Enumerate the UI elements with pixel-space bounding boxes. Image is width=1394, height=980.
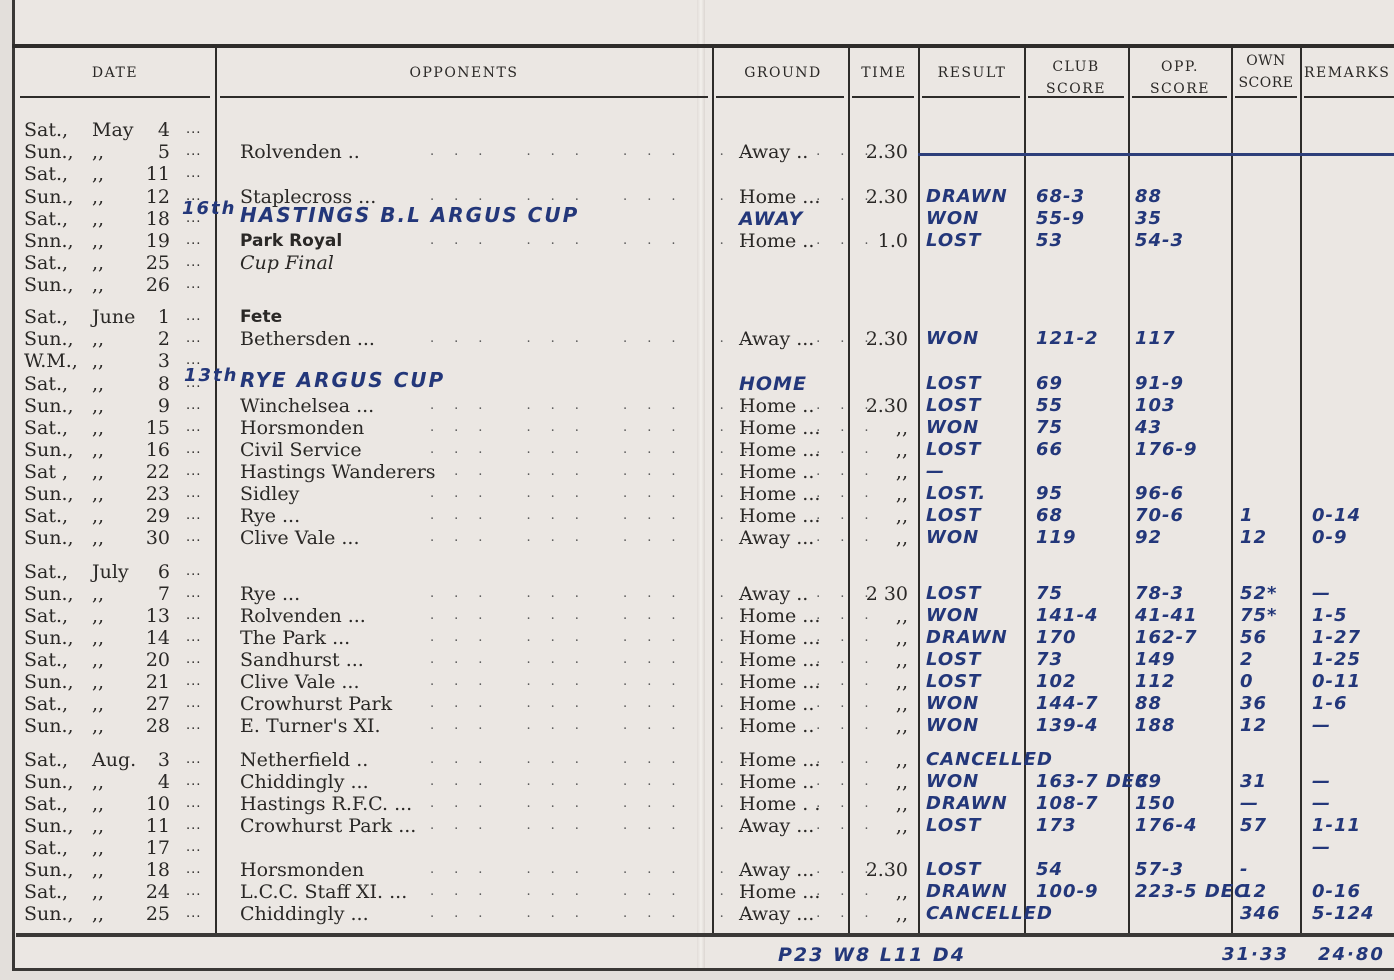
leader-dots: ... xyxy=(186,328,201,350)
result: CANCELLED xyxy=(926,749,1053,771)
date-month: ,, xyxy=(92,252,142,274)
leader-dots: ... xyxy=(186,417,201,439)
result: WON xyxy=(926,527,979,549)
result: LOST xyxy=(926,859,981,881)
date-number: 30 xyxy=(140,527,170,549)
table-row: Sat.,May4... xyxy=(0,119,1394,141)
opponent-name: Bethersden ... xyxy=(240,328,375,350)
leader-dots: ... xyxy=(186,274,201,296)
result: LOST xyxy=(926,671,981,693)
club-score: 102 xyxy=(1036,671,1077,693)
date-month: ,, xyxy=(92,881,142,903)
opponent-name: Hastings Wanderers xyxy=(240,461,436,483)
date-number: 10 xyxy=(140,793,170,815)
date-day: Snn., xyxy=(24,230,84,252)
date-month: ,, xyxy=(92,693,142,715)
result: — xyxy=(926,461,945,483)
kickoff-time: 2.30 xyxy=(852,859,908,881)
date-month: ,, xyxy=(92,141,142,163)
opp-score: 43 xyxy=(1135,417,1162,439)
opp-score: 88 xyxy=(1135,693,1162,715)
ground: Home ... xyxy=(739,505,820,527)
kickoff-time: ,, xyxy=(852,461,908,483)
leader-dots: ... ... ... ... ... xyxy=(430,903,889,925)
opp-score: 188 xyxy=(1135,715,1176,737)
date-number: 18 xyxy=(140,859,170,881)
header-time: TIME xyxy=(850,62,918,84)
leader-dots: ... xyxy=(186,461,201,483)
club-score: 75 xyxy=(1036,583,1063,605)
date-day: Sun., xyxy=(24,328,84,350)
result: DRAWN xyxy=(926,627,1008,649)
header-remarks: REMARKS xyxy=(1304,62,1394,84)
date-number: 13 xyxy=(140,605,170,627)
date-month: ,, xyxy=(92,461,142,483)
result: LOST xyxy=(926,439,981,461)
leader-dots: ... ... ... ... ... xyxy=(430,815,889,837)
date-month: May xyxy=(92,119,142,141)
bottom-rule xyxy=(16,933,1394,937)
leader-dots: ... ... ... ... ... xyxy=(430,693,889,715)
date-day: Sun., xyxy=(24,859,84,881)
ground: Home ... xyxy=(739,605,820,627)
kickoff-time: 2.30 xyxy=(852,328,908,350)
date-day: Sat., xyxy=(24,373,84,395)
leader-dots: ... xyxy=(186,903,201,925)
table-row: Sun.,,,14...The Park ...... ... ... ... … xyxy=(0,627,1394,649)
date-number: 15 xyxy=(140,417,170,439)
date-number: 22 xyxy=(140,461,170,483)
result: WON xyxy=(926,208,979,230)
table-row: Sun.,,,26... xyxy=(0,274,1394,296)
own-score: 57 xyxy=(1240,815,1267,837)
opponent-name: Fete xyxy=(240,306,282,328)
date-month: ,, xyxy=(92,837,142,859)
table-row: Sun.,,,16...Civil Service... ... ... ...… xyxy=(0,439,1394,461)
kickoff-time: ,, xyxy=(852,793,908,815)
opp-score: 117 xyxy=(1135,328,1176,350)
date-day: Sat., xyxy=(24,505,84,527)
opponent-name: Cup Final xyxy=(240,252,334,274)
ground: Home ... xyxy=(739,627,820,649)
leader-dots: ... xyxy=(186,793,201,815)
club-score: 69 xyxy=(1036,373,1063,395)
date-number: 9 xyxy=(140,395,170,417)
date-day: Sun., xyxy=(24,186,84,208)
date-day: Sun., xyxy=(24,527,84,549)
own-score: - xyxy=(1240,859,1248,881)
leader-dots: ... xyxy=(186,583,201,605)
own-score: 12 xyxy=(1240,527,1267,549)
opp-score: 88 xyxy=(1135,186,1162,208)
date-number: 12 xyxy=(140,186,170,208)
table-row: Sun.,,,23...Sidley... ... ... ... ...Hom… xyxy=(0,483,1394,505)
header-club-score-line1: CLUB xyxy=(1026,56,1126,78)
date-day: Sat., xyxy=(24,793,84,815)
ground: Home .. xyxy=(739,771,814,793)
date-day: Sun., xyxy=(24,583,84,605)
date-number: 11 xyxy=(140,815,170,837)
date-day: Sat., xyxy=(24,119,84,141)
result: LOST xyxy=(926,583,981,605)
date-number: 18 xyxy=(140,208,170,230)
own-score: 12 xyxy=(1240,881,1267,903)
date-month: ,, xyxy=(92,903,142,925)
date-number: 21 xyxy=(140,671,170,693)
header-date: DATE xyxy=(20,62,210,84)
opponent-name: Civil Service xyxy=(240,439,362,461)
club-score: 68 xyxy=(1036,505,1063,527)
leader-dots: ... ... ... ... ... xyxy=(430,583,889,605)
date-month: ,, xyxy=(92,395,142,417)
remarks: 5-124 xyxy=(1312,903,1375,925)
own-score: — xyxy=(1240,793,1259,815)
date-number: 4 xyxy=(140,119,170,141)
leader-dots: ... xyxy=(186,605,201,627)
date-day: Sat , xyxy=(24,461,84,483)
leader-dots: ... ... ... ... ... xyxy=(430,230,889,252)
own-score: 1 xyxy=(1240,505,1254,527)
header-own-score: OWN SCORE xyxy=(1232,50,1300,94)
leader-dots: ... ... ... ... ... xyxy=(430,527,889,549)
date-day: Sat., xyxy=(24,649,84,671)
date-month: ,, xyxy=(92,583,142,605)
club-score: 66 xyxy=(1036,439,1063,461)
kickoff-time: 1.0 xyxy=(852,230,908,252)
date-month: Aug. xyxy=(92,749,142,771)
result: LOST xyxy=(926,230,981,252)
result: LOST xyxy=(926,373,981,395)
date-annotation: 13th xyxy=(184,365,238,386)
club-score: 55 xyxy=(1036,395,1063,417)
kickoff-time: ,, xyxy=(852,417,908,439)
ground: Home .. xyxy=(739,461,814,483)
opponent-name: E. Turner's XI. xyxy=(240,715,381,737)
opponent-name: Horsmonden xyxy=(240,859,364,881)
kickoff-time: ,, xyxy=(852,483,908,505)
date-number: 24 xyxy=(140,881,170,903)
header-club-score: CLUB SCORE xyxy=(1026,56,1126,100)
club-score: 108-7 xyxy=(1036,793,1099,815)
date-number: 23 xyxy=(140,483,170,505)
date-day: Sat., xyxy=(24,561,84,583)
header-opp-score-line1: OPP. xyxy=(1130,56,1230,78)
leader-dots: ... xyxy=(186,771,201,793)
kickoff-time: ,, xyxy=(852,605,908,627)
date-number: 25 xyxy=(140,252,170,274)
ground: HOME xyxy=(739,373,807,395)
ground: Home .. xyxy=(739,230,814,252)
date-month: ,, xyxy=(92,815,142,837)
club-score: 119 xyxy=(1036,527,1077,549)
date-number: 3 xyxy=(140,350,170,372)
table-row: Sun.,,,18...Horsmonden... ... ... ... ..… xyxy=(0,859,1394,881)
leader-dots: ... xyxy=(186,252,201,274)
date-number: 7 xyxy=(140,583,170,605)
opp-score: 57-3 xyxy=(1135,859,1184,881)
opponent-name: Rolvenden ... xyxy=(240,605,366,627)
opponent-name: Rolvenden .. xyxy=(240,141,360,163)
ground: Home ... xyxy=(739,749,820,771)
result: WON xyxy=(926,693,979,715)
opponent-name: RYE ARGUS CUP xyxy=(240,369,445,391)
header-underline xyxy=(220,96,708,98)
leader-dots: ... ... ... ... ... xyxy=(430,461,889,483)
ground: Home ... xyxy=(739,649,820,671)
date-day: Sun., xyxy=(24,141,84,163)
leader-dots: ... xyxy=(186,859,201,881)
club-score: 144-7 xyxy=(1036,693,1099,715)
ground: Away .. xyxy=(739,141,808,163)
ground: Away .. xyxy=(739,583,808,605)
date-number: 1 xyxy=(140,306,170,328)
kickoff-time: ,, xyxy=(852,815,908,837)
date-day: Sat., xyxy=(24,208,84,230)
ground: AWAY xyxy=(739,208,803,230)
opp-score: 70-6 xyxy=(1135,505,1184,527)
kickoff-time: ,, xyxy=(852,881,908,903)
opponent-name: Hastings R.F.C. ... xyxy=(240,793,412,815)
leader-dots: ... xyxy=(186,837,201,859)
date-month: ,, xyxy=(92,627,142,649)
date-day: Sun., xyxy=(24,771,84,793)
date-number: 20 xyxy=(140,649,170,671)
remarks: 1-5 xyxy=(1312,605,1348,627)
date-month: ,, xyxy=(92,771,142,793)
remarks: — xyxy=(1312,583,1331,605)
header-result: RESULT xyxy=(920,62,1024,84)
club-score: 68-3 xyxy=(1036,186,1085,208)
club-score: 121-2 xyxy=(1036,328,1099,350)
own-score: 2 xyxy=(1240,649,1254,671)
own-score: 31 xyxy=(1240,771,1267,793)
table-row: Sun.,,,5...Rolvenden ..... ... ... ... .… xyxy=(0,141,1394,163)
table-row: Sat.,,,27...Crowhurst Park... ... ... ..… xyxy=(0,693,1394,715)
kickoff-time: ,, xyxy=(852,903,908,925)
kickoff-time: ,, xyxy=(852,627,908,649)
date-month: ,, xyxy=(92,649,142,671)
club-score: 170 xyxy=(1036,627,1077,649)
header-opp-score-line2: SCORE xyxy=(1130,78,1230,100)
club-score: 55-9 xyxy=(1036,208,1085,230)
leader-dots: ... xyxy=(186,671,201,693)
date-month: July xyxy=(92,561,142,583)
date-month: ,, xyxy=(92,439,142,461)
ground: Away ... xyxy=(739,527,814,549)
table-row: Sun.,,,21...Clive Vale ...... ... ... ..… xyxy=(0,671,1394,693)
result: WON xyxy=(926,417,979,439)
kickoff-time: ,, xyxy=(852,749,908,771)
result: LOST xyxy=(926,815,981,837)
leader-dots: ... ... ... ... ... xyxy=(430,141,889,163)
opponent-name: Netherfield .. xyxy=(240,749,368,771)
club-score: 173 xyxy=(1036,815,1077,837)
club-score: 54 xyxy=(1036,859,1063,881)
header-opponents: OPPONENTS xyxy=(220,62,708,84)
header-underline xyxy=(20,96,210,98)
date-day: Sat., xyxy=(24,163,84,185)
date-number: 19 xyxy=(140,230,170,252)
opponent-name: Crowhurst Park xyxy=(240,693,392,715)
club-score: 75 xyxy=(1036,417,1063,439)
table-row: Sat.,June1...Fete xyxy=(0,306,1394,328)
result: CANCELLED xyxy=(926,903,1053,925)
opponent-name: Park Royal xyxy=(240,230,342,252)
ground: Home .. xyxy=(739,693,814,715)
date-day: Sun., xyxy=(24,671,84,693)
opponent-name: The Park ... xyxy=(240,627,350,649)
ground: Away ... xyxy=(739,815,814,837)
date-number: 6 xyxy=(140,561,170,583)
ground: Away ... xyxy=(739,903,814,925)
leader-dots: ... xyxy=(186,749,201,771)
date-month: ,, xyxy=(92,793,142,815)
leader-dots: ... xyxy=(186,561,201,583)
table-row: Sun.,,,7...Rye ...... ... ... ... ...Awa… xyxy=(0,583,1394,605)
leader-dots: ... xyxy=(186,527,201,549)
table-row: Sat.,,,17...— xyxy=(0,837,1394,859)
leader-dots: ... xyxy=(186,230,201,252)
kickoff-time: ,, xyxy=(852,693,908,715)
own-score: 52* xyxy=(1240,583,1277,605)
own-score: 36 xyxy=(1240,693,1267,715)
club-score: 73 xyxy=(1036,649,1063,671)
season-record: P23 W8 L11 D4 xyxy=(778,944,966,966)
opponent-name: Clive Vale ... xyxy=(240,671,360,693)
table-row: Sat.,,,11... xyxy=(0,163,1394,185)
leader-dots: ... xyxy=(186,649,201,671)
remarks: 1-6 xyxy=(1312,693,1348,715)
opponent-name: L.C.C. Staff XI. ... xyxy=(240,881,407,903)
table-row: Sat.,,,13...Rolvenden ...... ... ... ...… xyxy=(0,605,1394,627)
kickoff-time: ,, xyxy=(852,671,908,693)
batting-average: 31·33 xyxy=(1222,944,1289,965)
result: WON xyxy=(926,605,979,627)
header-own-score-line1: OWN xyxy=(1232,50,1300,72)
leader-dots: ... ... ... ... ... xyxy=(430,328,889,350)
kickoff-time: ,, xyxy=(852,505,908,527)
date-number: 27 xyxy=(140,693,170,715)
leader-dots: ... xyxy=(186,881,201,903)
date-month: ,, xyxy=(92,373,142,395)
remarks: 0-11 xyxy=(1312,671,1361,693)
leader-dots: ... xyxy=(186,163,201,185)
ground: Home ... xyxy=(739,881,820,903)
date-day: Sat., xyxy=(24,417,84,439)
header-underline xyxy=(716,96,844,98)
opp-score: 150 xyxy=(1135,793,1176,815)
date-month: ,, xyxy=(92,483,142,505)
remarks: 0-9 xyxy=(1312,527,1348,549)
own-score: 56 xyxy=(1240,627,1267,649)
date-number: 14 xyxy=(140,627,170,649)
leader-dots: ... xyxy=(186,815,201,837)
header-opp-score: OPP. SCORE xyxy=(1130,56,1230,100)
date-number: 16 xyxy=(140,439,170,461)
opp-score: 91-9 xyxy=(1135,373,1184,395)
opp-score: 89 xyxy=(1135,771,1162,793)
date-month: ,, xyxy=(92,527,142,549)
own-score: 0 xyxy=(1240,671,1254,693)
table-row: Sat.,July6... xyxy=(0,561,1394,583)
date-month: ,, xyxy=(92,859,142,881)
opponent-name: Sandhurst ... xyxy=(240,649,364,671)
opp-score: 103 xyxy=(1135,395,1176,417)
date-month: ,, xyxy=(92,715,142,737)
table-row: Sun.,,,30...Clive Vale ...... ... ... ..… xyxy=(0,527,1394,549)
date-number: 2 xyxy=(140,328,170,350)
club-score: 141-4 xyxy=(1036,605,1099,627)
header-underline xyxy=(852,96,914,98)
opp-score: 92 xyxy=(1135,527,1162,549)
date-day: Sun., xyxy=(24,715,84,737)
ground: Home ... xyxy=(739,671,820,693)
opp-score: 162-7 xyxy=(1135,627,1198,649)
opponent-name: Sidley xyxy=(240,483,299,505)
club-score: 139-4 xyxy=(1036,715,1099,737)
result: WON xyxy=(926,715,979,737)
date-day: Sun., xyxy=(24,483,84,505)
table-row: Sat.,,,20...Sandhurst ...... ... ... ...… xyxy=(0,649,1394,671)
leader-dots: ... xyxy=(186,483,201,505)
opponent-name: Crowhurst Park ... xyxy=(240,815,416,837)
own-score: 346 xyxy=(1240,903,1281,925)
date-day: Sat., xyxy=(24,693,84,715)
opponent-name: Clive Vale ... xyxy=(240,527,360,549)
result: WON xyxy=(926,328,979,350)
date-month: ,, xyxy=(92,274,142,296)
date-month: ,, xyxy=(92,417,142,439)
table-row: Sun.,,,11...Crowhurst Park ...... ... ..… xyxy=(0,815,1394,837)
opponent-name: Winchelsea ... xyxy=(240,395,374,417)
header-underline xyxy=(1304,96,1394,98)
result: WON xyxy=(926,771,979,793)
date-month: ,, xyxy=(92,186,142,208)
leader-dots: ... xyxy=(186,505,201,527)
opponent-name: HASTINGS B.L ARGUS CUP xyxy=(240,204,579,226)
date-number: 17 xyxy=(140,837,170,859)
opp-score: 96-6 xyxy=(1135,483,1184,505)
table-row: Sun.,,,25...Chiddingly ...... ... ... ..… xyxy=(0,903,1394,925)
date-number: 25 xyxy=(140,903,170,925)
leader-dots: ... ... ... ... ... xyxy=(430,859,889,881)
kickoff-time: ,, xyxy=(852,649,908,671)
opponent-name: Horsmonden xyxy=(240,417,364,439)
ground: Home .. xyxy=(739,395,814,417)
kickoff-time: 2.30 xyxy=(852,395,908,417)
table-row: Sun.,,,9...Winchelsea ...... ... ... ...… xyxy=(0,395,1394,417)
kickoff-time: ,, xyxy=(852,439,908,461)
opp-score: 112 xyxy=(1135,671,1176,693)
date-day: Sat., xyxy=(24,837,84,859)
remarks: — xyxy=(1312,793,1331,815)
result: LOST. xyxy=(926,483,986,505)
date-day: Sat., xyxy=(24,252,84,274)
header-own-score-line2: SCORE xyxy=(1232,72,1300,94)
own-score: 12 xyxy=(1240,715,1267,737)
result: DRAWN xyxy=(926,186,1008,208)
opp-score: 41-41 xyxy=(1135,605,1198,627)
table-row: Sat.,,,15...Horsmonden... ... ... ... ..… xyxy=(0,417,1394,439)
leader-dots: ... xyxy=(186,119,201,141)
date-number: 11 xyxy=(140,163,170,185)
top-rule xyxy=(12,44,1394,48)
opp-score: 176-4 xyxy=(1135,815,1198,837)
club-score: 53 xyxy=(1036,230,1063,252)
club-score: 163-7 DEC xyxy=(1036,771,1149,793)
opp-score: 149 xyxy=(1135,649,1176,671)
remarks: — xyxy=(1312,715,1331,737)
